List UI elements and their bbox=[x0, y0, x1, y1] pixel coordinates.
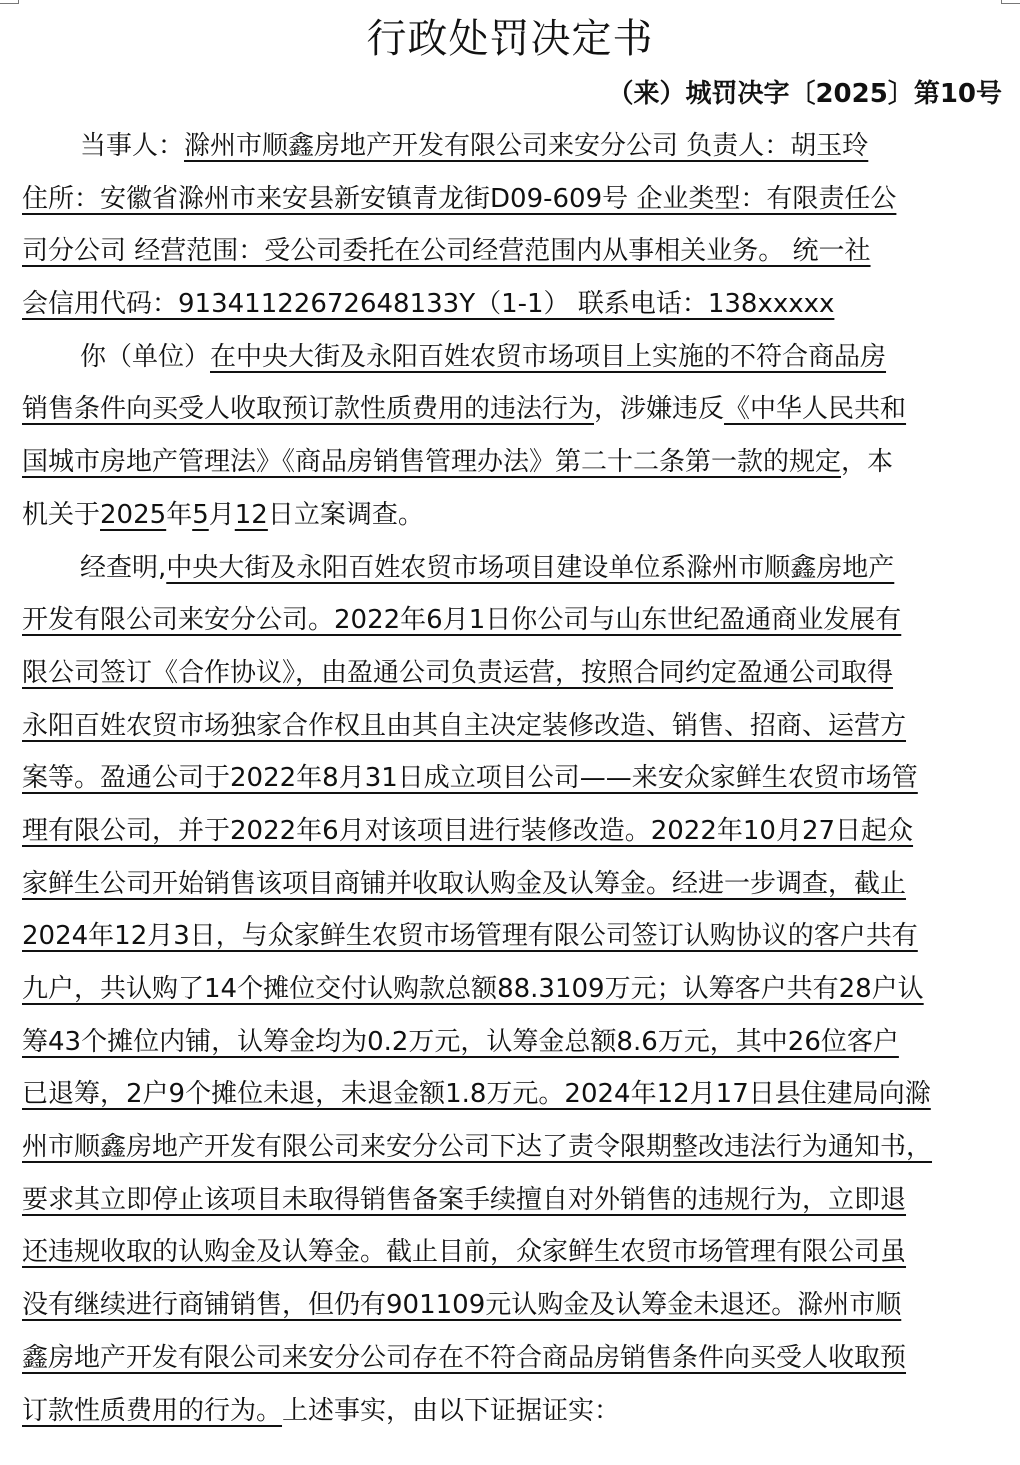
plain-text: 年 bbox=[166, 500, 192, 530]
text-line: 国城市房地产管理法》《商品房销售管理办法》第二十二条第一款的规定，本 bbox=[22, 440, 1006, 493]
text-line: 订款性质费用的行为。上述事实，由以下证据证实： bbox=[22, 1389, 1006, 1442]
paragraph-findings: 经查明,中央大街及永阳百姓农贸市场项目建设单位系滁州市顺鑫房地产开发有限公司来安… bbox=[22, 546, 1006, 1442]
underlined-text: 已退筹，2户9个摊位未退，未退金额1.8万元。2024年12月17日县住建局向滁 bbox=[22, 1079, 931, 1109]
plain-text: ，本 bbox=[841, 447, 893, 477]
plain-text: ，涉嫌违反 bbox=[594, 394, 724, 424]
underlined-text: 5 bbox=[192, 500, 209, 530]
underlined-text: 司分公司 经营范围：受公司委托在公司经营范围内从事相关业务。 统一社 bbox=[22, 236, 871, 266]
text-line: 还违规收取的认购金及认筹金。截止目前，众家鲜生农贸市场管理有限公司虽 bbox=[22, 1230, 1006, 1283]
text-line: 当事人：滁州市顺鑫房地产开发有限公司来安分公司 负责人：胡玉玲 bbox=[22, 124, 1006, 177]
plain-text: 月 bbox=[209, 500, 235, 530]
text-line: 经查明,中央大街及永阳百姓农贸市场项目建设单位系滁州市顺鑫房地产 bbox=[22, 546, 1006, 599]
underlined-text: 《中华人民共和 bbox=[724, 394, 906, 424]
underlined-text: 订款性质费用的行为。 bbox=[22, 1396, 282, 1426]
text-line: 已退筹，2户9个摊位未退，未退金额1.8万元。2024年12月17日县住建局向滁 bbox=[22, 1072, 1006, 1125]
document-title: 行政处罚决定书 bbox=[0, 14, 1020, 64]
text-line: 没有继续进行商铺销售，但仍有901109元认购金及认筹金未退还。滁州市顺 bbox=[22, 1283, 1006, 1336]
underlined-text: 家鲜生公司开始销售该项目商铺并收取认购金及认筹金。经进一步调查，截止 bbox=[22, 869, 906, 899]
underlined-text: 住所：安徽省滁州市来安县新安镇青龙街D09-609号 企业类型：有限责任公 bbox=[22, 184, 896, 214]
text-line: 九户，共认购了14个摊位交付认购款总额88.3109万元；认筹客户共有28户认 bbox=[22, 967, 1006, 1020]
paragraph-case-filing: 你（单位）在中央大街及永阳百姓农贸市场项目上实施的不符合商品房销售条件向买受人收… bbox=[22, 335, 1006, 546]
underlined-text: 鑫房地产开发有限公司来安分公司存在不符合商品房销售条件向买受人收取预 bbox=[22, 1343, 906, 1373]
plain-text: 你（单位） bbox=[80, 342, 210, 372]
text-line: 家鲜生公司开始销售该项目商铺并收取认购金及认筹金。经进一步调查，截止 bbox=[22, 862, 1006, 915]
text-line: 司分公司 经营范围：受公司委托在公司经营范围内从事相关业务。 统一社 bbox=[22, 229, 1006, 282]
plain-text: 经查明, bbox=[80, 553, 166, 583]
underlined-text: 筹43个摊位内铺，认筹金均为0.2万元，认筹金总额8.6万元，其中26位客户 bbox=[22, 1027, 899, 1057]
underlined-text: 没有继续进行商铺销售，但仍有901109元认购金及认筹金未退还。滁州市顺 bbox=[22, 1290, 901, 1320]
underlined-text: 滁州市顺鑫房地产开发有限公司来安分公司 负责人：胡玉玲 bbox=[184, 131, 868, 161]
plain-text: 日立案调查。 bbox=[268, 500, 424, 530]
underlined-text: 案等。盈通公司于2022年8月31日成立项目公司——来安众家鲜生农贸市场管 bbox=[22, 763, 918, 793]
text-line: 限公司签订《合作协议》，由盈通公司负责运营，按照合同约定盈通公司取得 bbox=[22, 651, 1006, 704]
underlined-text: 限公司签订《合作协议》，由盈通公司负责运营，按照合同约定盈通公司取得 bbox=[22, 658, 893, 688]
plain-text: 当事人： bbox=[80, 131, 184, 161]
underlined-text: 开发有限公司来安分公司。2022年6月1日你公司与山东世纪盈通商业发展有 bbox=[22, 605, 901, 635]
text-line: 你（单位）在中央大街及永阳百姓农贸市场项目上实施的不符合商品房 bbox=[22, 335, 1006, 388]
party-info-block: 当事人：滁州市顺鑫房地产开发有限公司来安分公司 负责人：胡玉玲 住所：安徽省滁州… bbox=[22, 124, 1006, 335]
page-corner-mark-right bbox=[1001, 0, 1020, 4]
plain-text: 机关于 bbox=[22, 500, 100, 530]
underlined-text: 12 bbox=[235, 500, 268, 530]
document-body: 当事人：滁州市顺鑫房地产开发有限公司来安分公司 负责人：胡玉玲 住所：安徽省滁州… bbox=[22, 124, 1006, 1441]
plain-text: 上述事实，由以下证据证实： bbox=[282, 1396, 620, 1426]
underlined-text: 2025 bbox=[100, 500, 166, 530]
text-line: 机关于2025年5月12日立案调查。 bbox=[22, 493, 1006, 546]
text-line: 筹43个摊位内铺，认筹金均为0.2万元，认筹金总额8.6万元，其中26位客户 bbox=[22, 1020, 1006, 1073]
underlined-text: 还违规收取的认购金及认筹金。截止目前，众家鲜生农贸市场管理有限公司虽 bbox=[22, 1237, 906, 1267]
text-line: 州市顺鑫房地产开发有限公司来安分公司下达了责令限期整改违法行为通知书， bbox=[22, 1125, 1006, 1178]
underlined-text: 会信用代码：91341122672648133Y（1-1） 联系电话：138xx… bbox=[22, 289, 834, 319]
text-line: 2024年12月3日，与众家鲜生农贸市场管理有限公司签订认购协议的客户共有 bbox=[22, 914, 1006, 967]
underlined-text: 州市顺鑫房地产开发有限公司来安分公司下达了责令限期整改违法行为通知书， bbox=[22, 1132, 932, 1162]
text-line: 销售条件向买受人收取预订款性质费用的违法行为，涉嫌违反《中华人民共和 bbox=[22, 387, 1006, 440]
text-line: 理有限公司，并于2022年6月对该项目进行装修改造。2022年10月27日起众 bbox=[22, 809, 1006, 862]
underlined-text: 国城市房地产管理法》《商品房销售管理办法》第二十二条第一款的规定 bbox=[22, 447, 841, 477]
text-line: 案等。盈通公司于2022年8月31日成立项目公司——来安众家鲜生农贸市场管 bbox=[22, 756, 1006, 809]
text-line: 开发有限公司来安分公司。2022年6月1日你公司与山东世纪盈通商业发展有 bbox=[22, 598, 1006, 651]
underlined-text: 2024年12月3日，与众家鲜生农贸市场管理有限公司签订认购协议的客户共有 bbox=[22, 921, 918, 951]
underlined-text: 理有限公司，并于2022年6月对该项目进行装修改造。2022年10月27日起众 bbox=[22, 816, 913, 846]
underlined-text: 中央大街及永阳百姓农贸市场项目建设单位系滁州市顺鑫房地产 bbox=[166, 553, 894, 583]
text-line: 住所：安徽省滁州市来安县新安镇青龙街D09-609号 企业类型：有限责任公 bbox=[22, 177, 1006, 230]
document-number: （来）城罚决字〔2025〕第10号 bbox=[607, 76, 1002, 112]
underlined-text: 九户，共认购了14个摊位交付认购款总额88.3109万元；认筹客户共有28户认 bbox=[22, 974, 924, 1004]
underlined-text: 销售条件向买受人收取预订款性质费用的违法行为 bbox=[22, 394, 594, 424]
text-line: 鑫房地产开发有限公司来安分公司存在不符合商品房销售条件向买受人收取预 bbox=[22, 1336, 1006, 1389]
underlined-text: 永阳百姓农贸市场独家合作权且由其自主决定装修改造、销售、招商、运营方 bbox=[22, 711, 906, 741]
page-corner-mark-left bbox=[0, 0, 19, 4]
underlined-text: 在中央大街及永阳百姓农贸市场项目上实施的不符合商品房 bbox=[210, 342, 886, 372]
text-line: 永阳百姓农贸市场独家合作权且由其自主决定装修改造、销售、招商、运营方 bbox=[22, 704, 1006, 757]
text-line: 会信用代码：91341122672648133Y（1-1） 联系电话：138xx… bbox=[22, 282, 1006, 335]
underlined-text: 要求其立即停止该项目未取得销售备案手续擅自对外销售的违规行为，立即退 bbox=[22, 1185, 906, 1215]
text-line: 要求其立即停止该项目未取得销售备案手续擅自对外销售的违规行为，立即退 bbox=[22, 1178, 1006, 1231]
